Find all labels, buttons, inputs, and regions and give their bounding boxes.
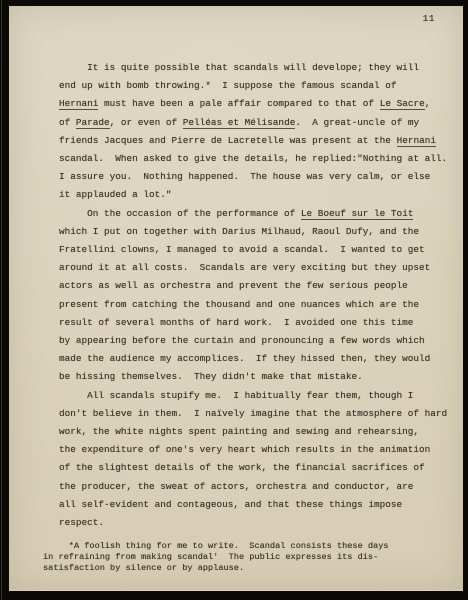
- scanned-typescript-page: { "page": { "number": "11", "colors": { …: [0, 0, 468, 600]
- text-line: which I put on together with Darius Milh…: [59, 223, 447, 241]
- underlined-title: Pelléas et Mélisande: [183, 117, 296, 129]
- text-line: don't believe in them. I naïvely imagine…: [59, 405, 447, 423]
- text-line: Fratellini clowns, I managed to avoid a …: [59, 241, 447, 259]
- text-line: made the audience my accomplices. If the…: [59, 350, 447, 368]
- text-line: around it at all costs. Scandals are ver…: [59, 259, 447, 277]
- underlined-title: Le Sacre: [380, 98, 425, 110]
- text-line: be hissing themselves. They didn't make …: [59, 368, 447, 386]
- text-line: *A foolish thing for me to write. Scanda…: [43, 541, 389, 552]
- underlined-title: Hernani: [397, 135, 436, 147]
- text-line: it applauded a lot.": [59, 186, 447, 204]
- text-line: All scandals stupify me. I habitually fe…: [59, 387, 447, 405]
- text-line: I assure you. Nothing happened. The hous…: [59, 168, 447, 186]
- text-line: actors as well as orchestra and prevent …: [59, 277, 447, 295]
- text-line: respect.: [59, 514, 447, 532]
- text-line: scandal. When asked to give the details,…: [59, 150, 447, 168]
- underlined-title: Hernani: [59, 98, 98, 110]
- text-line: all self-evident and contageous, and tha…: [59, 496, 447, 514]
- text-line: the expenditure of one's very heart whic…: [59, 441, 447, 459]
- text-line: Hernani must have been a pale affair com…: [59, 95, 447, 113]
- text-line: satisfaction by silence or by applause.: [43, 563, 389, 574]
- text-line: work, the white nights spent painting an…: [59, 423, 447, 441]
- text-line: by appearing before the curtain and pron…: [59, 332, 447, 350]
- text-line: in refraining from making scandal' The p…: [43, 552, 389, 563]
- underlined-title: Le Boeuf sur le Toit: [301, 208, 414, 220]
- underlined-title: Parade: [76, 117, 110, 129]
- text-line: end up with bomb throwing.* I suppose th…: [59, 77, 447, 95]
- text-line: of the slightest details of the work, th…: [59, 459, 447, 477]
- scan-edge-artifact: [1, 0, 2, 600]
- text-line: present from catching the thousand and o…: [59, 296, 447, 314]
- text-line: friends Jacques and Pierre de Lacretelle…: [59, 132, 447, 150]
- typescript-body: It is quite possible that scandals will …: [59, 59, 447, 532]
- text-line: of Parade, or even of Pelléas et Mélisan…: [59, 114, 447, 132]
- typescript-footnote: *A foolish thing for me to write. Scanda…: [43, 541, 389, 575]
- text-line: It is quite possible that scandals will …: [59, 59, 447, 77]
- text-line: the producer, the sweat of actors, orche…: [59, 478, 447, 496]
- manuscript-paper: 11 It is quite possible that scandals wi…: [9, 6, 463, 591]
- text-line: On the occasion of the performance of Le…: [59, 205, 447, 223]
- text-line: result of several months of hard work. I…: [59, 314, 447, 332]
- page-number: 11: [423, 13, 435, 24]
